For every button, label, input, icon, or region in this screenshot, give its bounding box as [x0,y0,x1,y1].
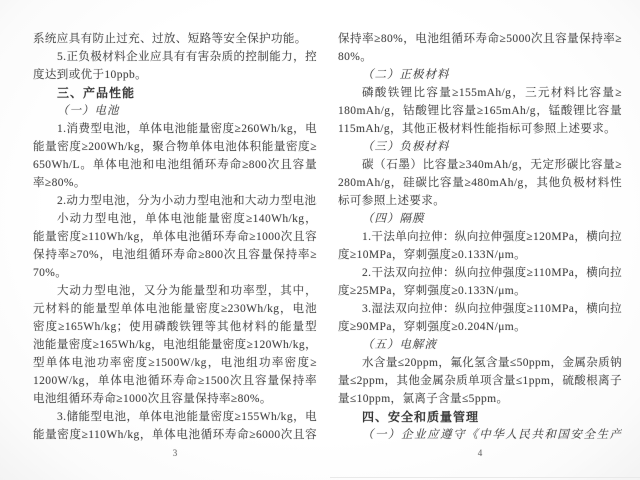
text-line: 系统应具有防止过充、过放、短路等安全保护功能。 [33,30,317,48]
document-scan: 系统应具有防止过充、过放、短路等安全保护功能。5.正负极材料企业应具有有害杂质的… [0,0,640,480]
text-line: 保持率≥80%，电池组循环寿命≥5000次且容量保持率≥ [338,30,622,48]
text-line: （一）企业应遵守《中华人民共和国安全生产法》及其 [338,426,622,444]
text-line: 元材料的能量型单体电池能量密度≥230Wh/kg，电池组能量 [33,300,317,318]
text-line: （五）电解液 [338,336,622,354]
page-lines: 系统应具有防止过充、过放、短路等安全保护功能。5.正负极材料企业应具有有害杂质的… [33,30,317,444]
text-line: 度≥10MPa，穿刺强度≥0.133N/μm。 [338,246,622,264]
text-line: 大动力型电池，又分为能量型和功率型，其中，使用三 [33,282,317,300]
text-line: 1200W/kg，单体电池循环寿命≥1500次且容量保持率≥80%， [33,372,317,390]
text-line: 率≥80%。 [33,174,317,192]
text-line: 磷酸铁锂比容量≥155mAh/g，三元材料比容量≥ [338,84,622,102]
page-left: 系统应具有防止过充、过放、短路等安全保护功能。5.正负极材料企业应具有有害杂质的… [33,30,317,458]
text-line: 3.储能型电池，单体电池能量密度≥155Wh/kg，电池组 [33,408,317,426]
text-line: 度≥25MPa，穿刺强度≥0.133N/μm。 [338,282,622,300]
page-lines: 保持率≥80%，电池组循环寿命≥5000次且容量保持率≥80%。（二）正极材料磷… [338,30,622,444]
text-line: 70%。 [33,264,317,282]
text-line: 5.正负极材料企业应具有有害杂质的控制能力，控制精 [33,48,317,66]
text-line: 三、产品性能 [33,84,317,102]
text-line: 小动力型电池，单体电池能量密度≥140Wh/kg，电池组 [33,210,317,228]
text-line: 能量密度≥110Wh/kg，单体电池循环寿命≥6000次且容量 [33,426,317,444]
text-line: 3.湿法双向拉伸：纵向拉伸强度≥110MPa，横向拉伸强 [338,300,622,318]
text-line: （四）隔膜 [338,210,622,228]
scan-edge-shadow [330,477,640,478]
page-number: 4 [338,448,622,458]
text-line: 2.干法双向拉伸：纵向拉伸强度≥110MPa，横向拉伸强 [338,264,622,282]
text-line: 电池组循环寿命≥1000次且容量保持率≥80%。 [33,390,317,408]
text-line: （二）正极材料 [338,66,622,84]
text-line: 180mAh/g，钴酸锂比容量≥165mAh/g，锰酸锂比容量≥ [338,102,622,120]
text-line: 280mAh/g，硅碳比容量≥480mAh/g，其他负极材料性能指 [338,174,622,192]
text-line: 1.消费型电池，单体电池能量密度≥260Wh/kg，电池组 [33,120,317,138]
text-line: 量≤2ppm，其他金属杂质单项含量≤1ppm，硫酸根离子含 [338,372,622,390]
text-line: 四、安全和质量管理 [338,408,622,426]
page-number: 3 [33,448,317,458]
text-line: 能量密度≥110Wh/kg，单体电池循环寿命≥1000次且容量 [33,228,317,246]
text-line: 2.动力型电池，分为小动力型电池和大动力型电池。 [33,192,317,210]
text-line: （一）电池 [33,102,317,120]
text-line: 量≤10ppm，氯离子含量≤5ppm。 [338,390,622,408]
text-line: 1.干法单向拉伸：纵向拉伸强度≥120MPa，横向拉伸强 [338,228,622,246]
text-line: 度达到或优于10ppb。 [33,66,317,84]
text-line: 度≥90MPa，穿刺强度≥0.204N/μm。 [338,318,622,336]
text-line: 650Wh/L。单体电池和电池组循环寿命≥800次且容量保持 [33,156,317,174]
text-line: 115mAh/g，其他正极材料性能指标可参照上述要求。 [338,120,622,138]
text-line: （三）负极材料 [338,138,622,156]
text-line: 水含量≤20ppm，氟化氢含量≤50ppm，金属杂质钠含 [338,354,622,372]
text-line: 型单体电池功率密度≥1500W/kg，电池组功率密度≥ [33,354,317,372]
text-line: 80%。 [338,48,622,66]
text-line: 池能量密度≥165Wh/kg，电池组能量密度≥120Wh/kg，功率 [33,336,317,354]
text-line: 碳（石墨）比容量≥340mAh/g，无定形碳比容量≥ [338,156,622,174]
text-line: 标可参照上述要求。 [338,192,622,210]
text-line: 保持率≥70%，电池组循环寿命≥800次且容量保持率≥ [33,246,317,264]
text-line: 密度≥165Wh/kg；使用磷酸铁锂等其他材料的能量型单体电 [33,318,317,336]
text-line: 能量密度≥200Wh/kg，聚合物单体电池体积能量密度≥ [33,138,317,156]
page-right: 保持率≥80%，电池组循环寿命≥5000次且容量保持率≥80%。（二）正极材料磷… [338,30,622,458]
